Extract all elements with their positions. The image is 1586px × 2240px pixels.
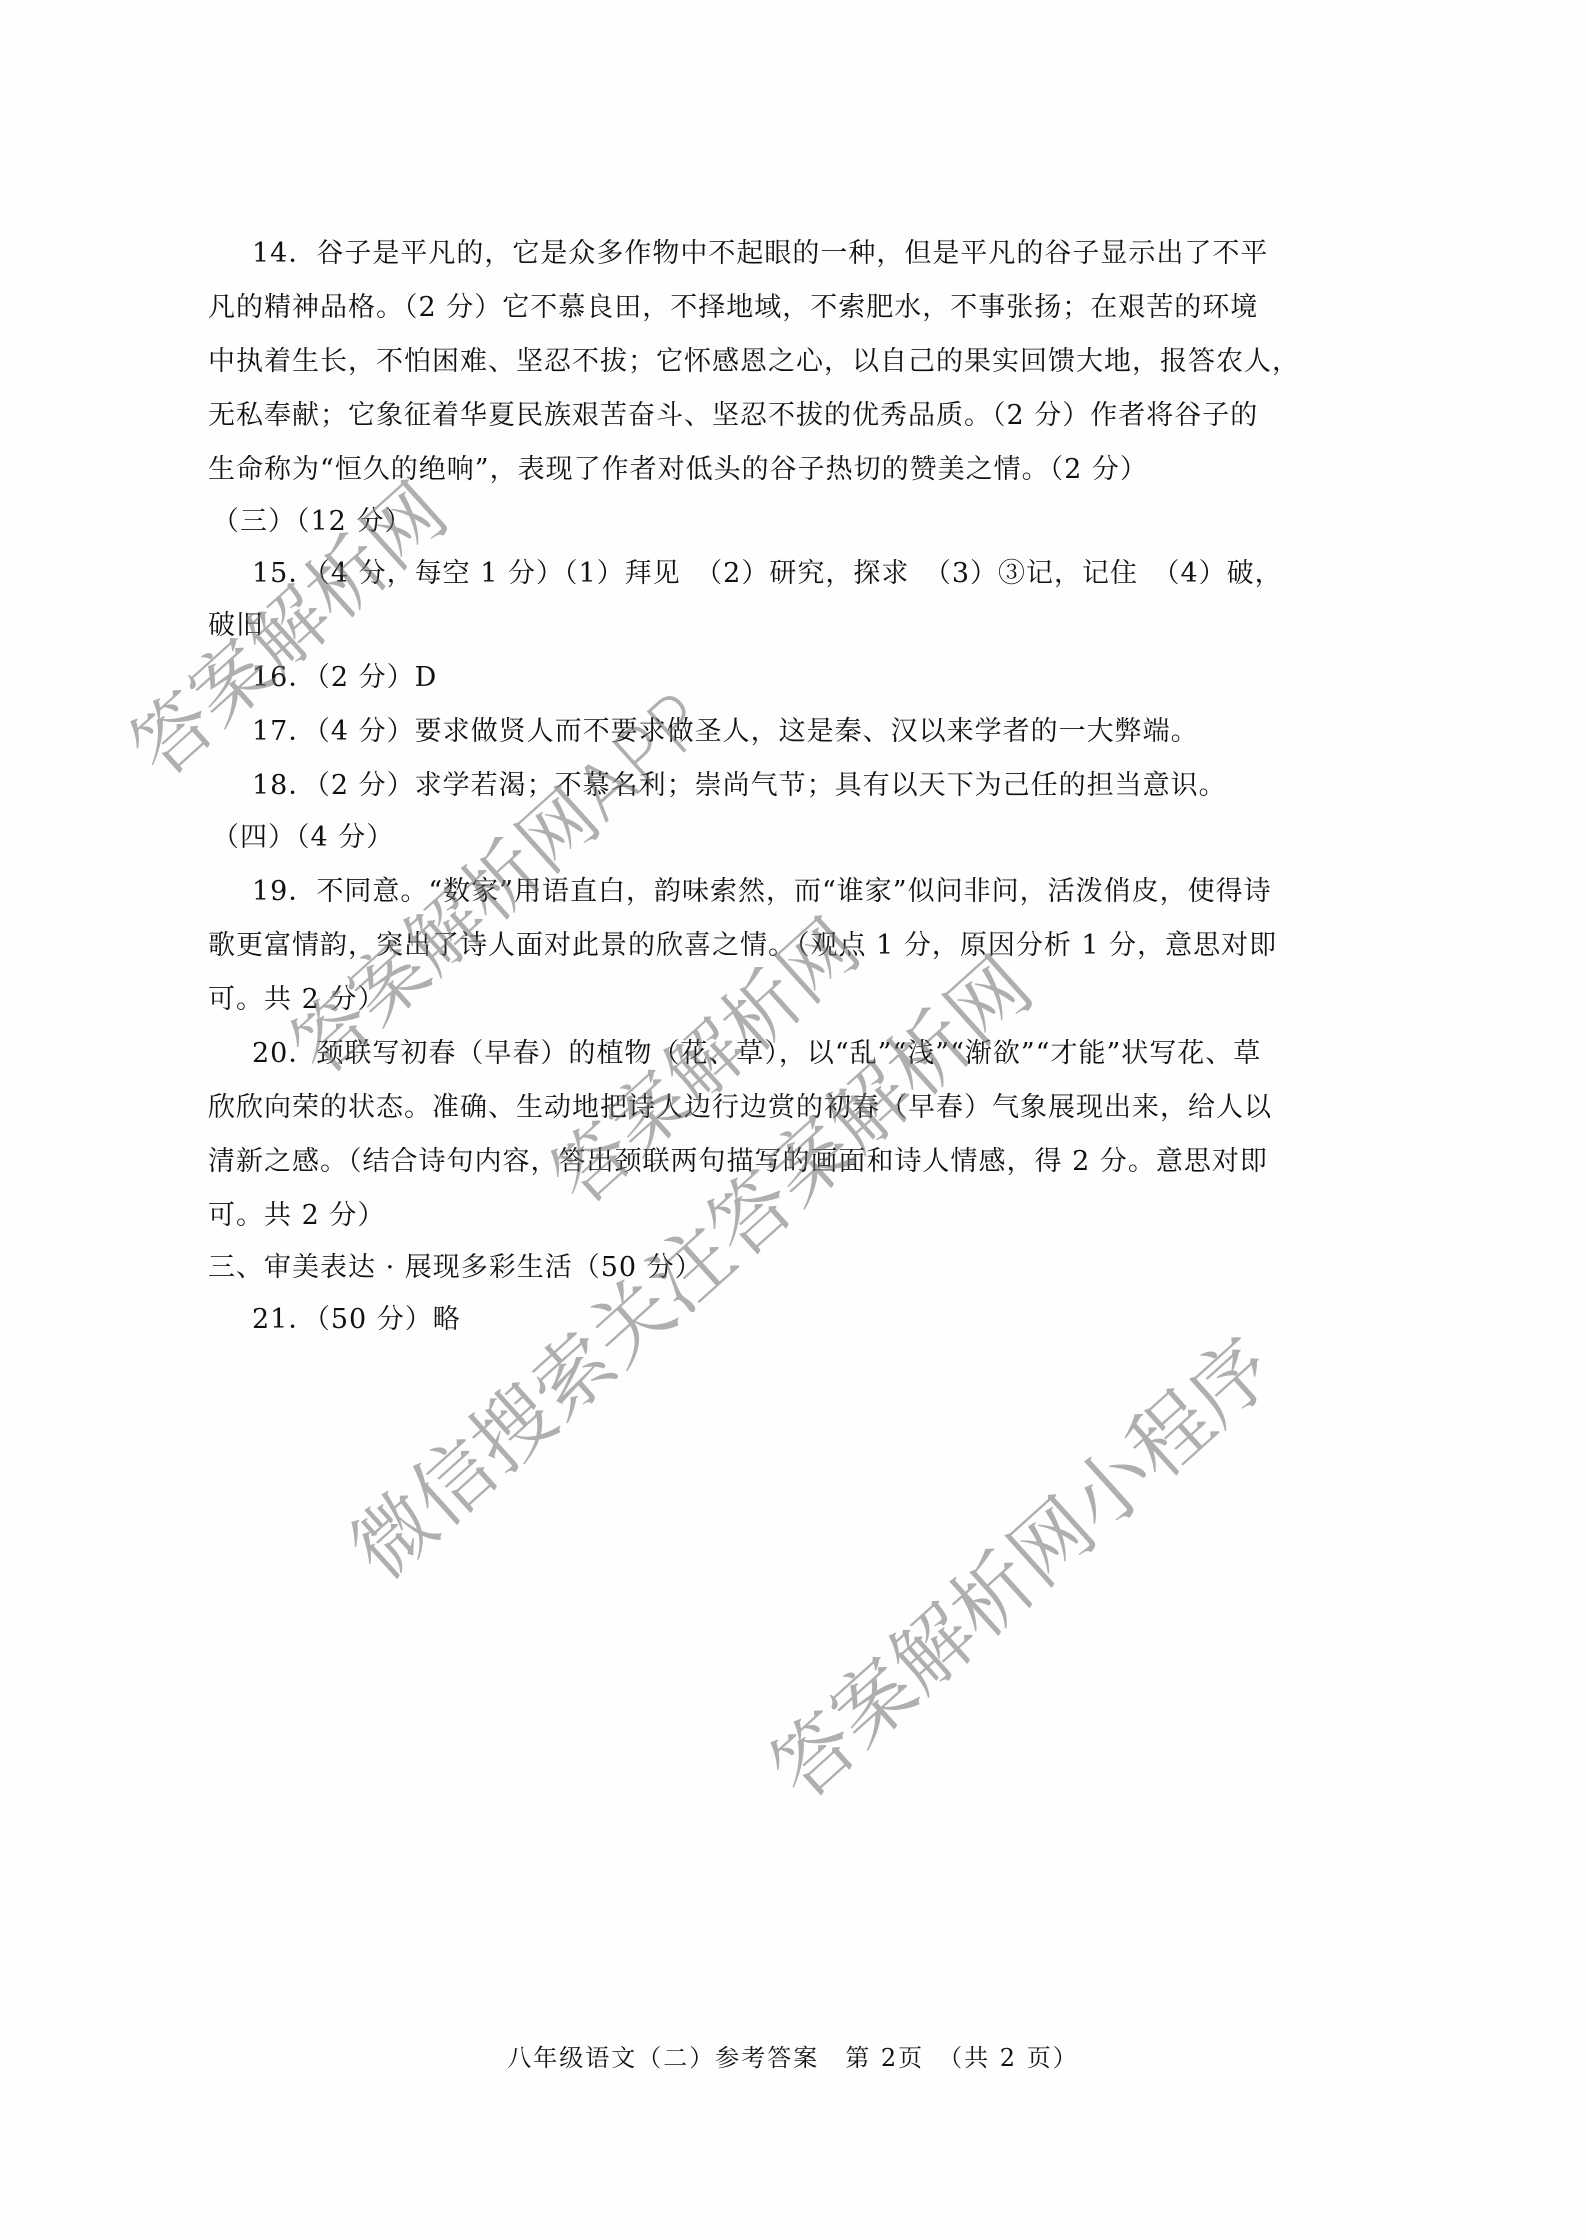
page-footer: 八年级语文（二）参考答案 第 2页 （共 2 页）: [0, 2038, 1586, 2073]
q19-line-2: 歌更富情韵，突出了诗人面对此景的欣喜之情。（观点 1 分，原因分析 1 分，意思…: [208, 928, 1277, 964]
q20-line-4: 可。共 2 分）: [208, 1198, 385, 1234]
q14-line-1: 14．谷子是平凡的，它是众多作物中不起眼的一种，但是平凡的谷子显示出了不平: [252, 236, 1268, 272]
document-page: 14．谷子是平凡的，它是众多作物中不起眼的一种，但是平凡的谷子显示出了不平 凡的…: [0, 0, 1586, 2240]
watermark-5: 答案解析网小程序: [742, 1307, 1295, 1821]
q14-line-4: 无私奉献；它象征着华夏民族艰苦奋斗、坚忍不拔的优秀品质。（2 分）作者将谷子的: [208, 398, 1258, 434]
q21-answer: 21．（50 分）略: [252, 1302, 461, 1338]
section-4-heading: （四）（4 分）: [212, 820, 394, 856]
q20-line-1: 20．颈联写初春（早春）的植物（花、草），以“乱”“浅”“渐欲”“才能”状写花、…: [252, 1036, 1261, 1072]
q14-line-3: 中执着生长，不怕困难、坚忍不拔；它怀感恩之心，以自己的果实回馈大地，报答农人，: [208, 344, 1300, 380]
q14-line-5: 生命称为“恒久的绝响”，表现了作者对低头的谷子热切的赞美之情。（2 分）: [208, 452, 1148, 488]
q17-answer: 17．（4 分）要求做贤人而不要求做圣人，这是秦、汉以来学者的一大弊端。: [252, 714, 1199, 750]
q20-line-2: 欣欣向荣的状态。准确、生动地把诗人边行边赏的初春（早春）气象展现出来，给人以: [208, 1090, 1272, 1126]
q20-line-3: 清新之感。（结合诗句内容，答出颈联两句描写的画面和诗人情感，得 2 分。意思对即: [208, 1144, 1268, 1180]
q14-line-2: 凡的精神品格。（2 分）它不慕良田，不择地域，不索肥水，不事张扬；在艰苦的环境: [208, 290, 1258, 326]
q19-line-3: 可。共 2 分）: [208, 982, 385, 1018]
q15-line-2: 破旧: [208, 608, 264, 644]
section-3-heading: （三）（12 分）: [212, 504, 412, 540]
q16-answer: 16．（2 分）D: [252, 660, 437, 696]
q19-line-1: 19．不同意。“数家”用语直白，韵味索然，而“谁家”似问非问，活泼俏皮，使得诗: [252, 874, 1272, 910]
part-3-heading: 三、审美表达 · 展现多彩生活（50 分）: [208, 1250, 703, 1286]
q15-line-1: 15．（4 分，每空 1 分）（1）拜见 （2）研究，探求 （3）③记，记住 （…: [252, 556, 1283, 592]
q18-answer: 18．（2 分）求学若渴；不慕名利；崇尚气节；具有以天下为己任的担当意识。: [252, 768, 1227, 804]
